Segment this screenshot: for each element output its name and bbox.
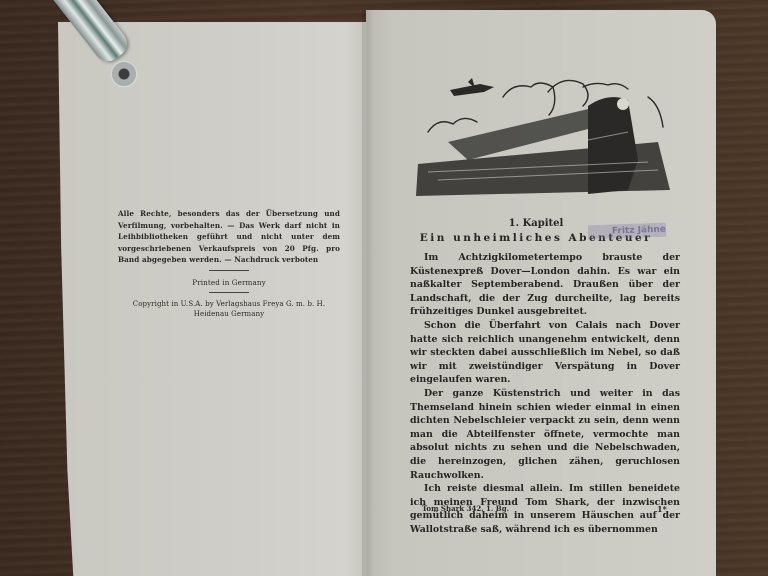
- copyright-line-2: Heidenau Germany: [118, 309, 340, 319]
- locomotive-illustration: [408, 72, 676, 198]
- book-gutter: [362, 10, 372, 576]
- legal-notice: Alle Rechte, besonders das der Übersetzu…: [118, 208, 340, 266]
- divider: [209, 270, 249, 271]
- legal-notice-block: Alle Rechte, besonders das der Übersetzu…: [118, 208, 340, 319]
- divider: [209, 292, 249, 293]
- chapter-body: Im Achtzigkilometertempo brauste der Küs…: [410, 251, 680, 536]
- paragraph: Im Achtzigkilometertempo brauste der Küs…: [410, 251, 680, 319]
- footer-mark: 1*: [657, 504, 667, 514]
- paragraph: Der ganze Küstenstrich und weiter in das…: [410, 387, 680, 482]
- tube-end-cap: [110, 60, 138, 88]
- footer-signature: Tom Shark 342. 1. Bg.: [422, 504, 509, 513]
- copyright-line-1: Copyright in U.S.A. by Verlagshaus Freya…: [118, 299, 340, 309]
- printed-in: Printed in Germany: [118, 277, 340, 289]
- paragraph: Schon die Überfahrt von Calais nach Dove…: [410, 319, 680, 387]
- ownership-stamp: Fritz Jähne: [588, 223, 666, 240]
